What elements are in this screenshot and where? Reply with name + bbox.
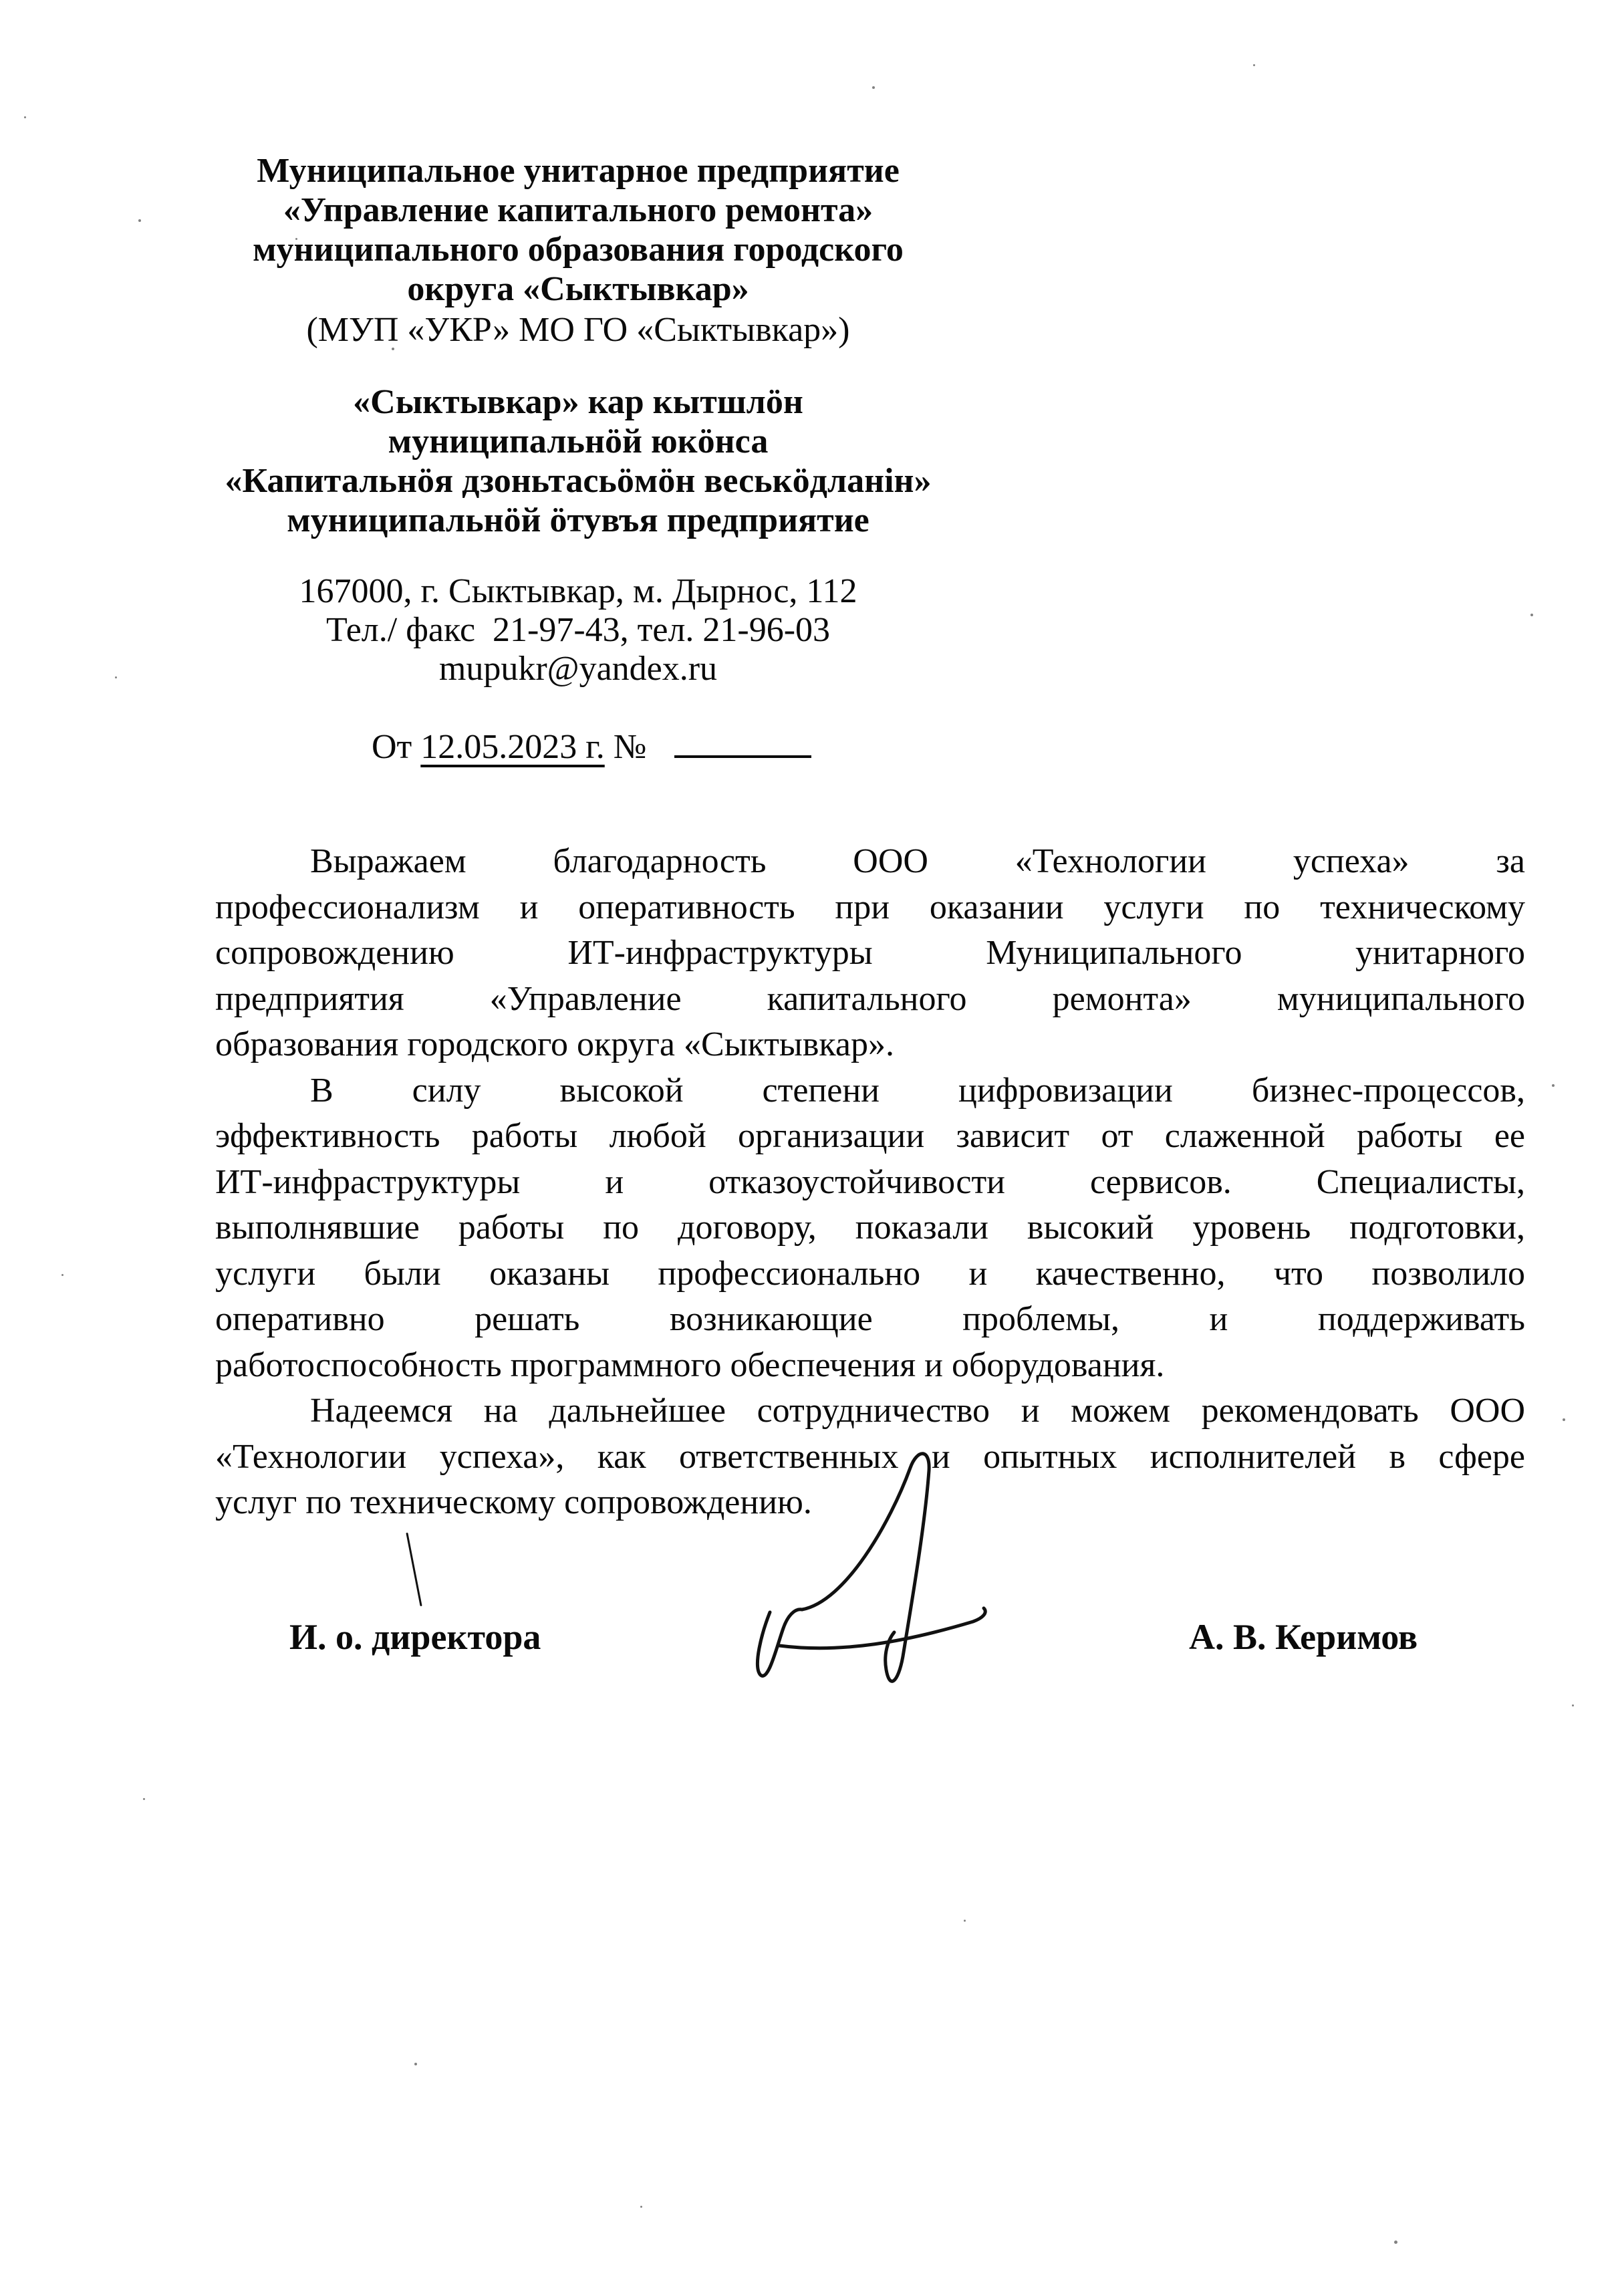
text-line: муниципальнöй öтувъя предприятие <box>200 501 956 540</box>
reference-date: 12.05.2023 г. <box>420 728 604 766</box>
org-abbreviation: (МУП «УКР» МО ГО «Сыктывкар») <box>214 310 942 350</box>
text-line: муниципальнöй юкöнса <box>200 422 956 461</box>
scan-speck <box>964 1920 966 1922</box>
text-line: «Капитальнöя дзоньтасьöмöн веськöдланін» <box>200 461 956 501</box>
scan-speck <box>295 238 297 240</box>
scan-speck <box>1530 614 1533 616</box>
reference-line: От 12.05.2023 г. № <box>372 723 811 767</box>
text-line: сопровождению ИТ-инфраструктуры Муниципа… <box>215 930 1525 977</box>
number-sign: № <box>605 728 647 766</box>
text-line: Муниципальное унитарное предприятие <box>214 151 942 190</box>
paragraph-gratitude: Выражаем благодарность ООО «Технологии у… <box>215 839 1525 1068</box>
text-line: Выражаем благодарность ООО «Технологии у… <box>215 839 1525 885</box>
org-name-komi: «Сыктывкар» кар кытшлöнмуниципальнöй юкö… <box>200 382 956 540</box>
letter-body: Выражаем благодарность ООО «Технологии у… <box>215 839 1525 1526</box>
handwritten-signature <box>735 1437 1016 1704</box>
text-line: оперативно решать возникающие проблемы, … <box>215 1297 1525 1343</box>
text-line: 167000, г. Сыктывкар, м. Дырнос, 112 <box>214 572 942 611</box>
text-line: «Управление капитального ремонта» <box>214 190 942 230</box>
signature-name: А. В. Керимов <box>1189 1616 1418 1658</box>
scanned-letter-page: Муниципальное унитарное предприятие«Упра… <box>0 0 1610 2296</box>
text-line: В силу высокой степени цифровизации бизн… <box>215 1068 1525 1114</box>
text-line: работоспособность программного обеспечен… <box>215 1343 1525 1389</box>
stray-pen-mark <box>406 1533 422 1607</box>
scan-speck <box>1552 1084 1555 1087</box>
text-line: округа «Сыктывкар» <box>214 269 942 309</box>
signature-autograph-drawing <box>735 1437 1016 1704</box>
scan-speck <box>143 1798 145 1800</box>
scan-speck <box>138 219 141 222</box>
text-line: «Сыктывкар» кар кытшлöн <box>200 382 956 422</box>
scan-speck <box>872 86 875 89</box>
scan-speck <box>24 116 26 118</box>
org-name-russian: Муниципальное унитарное предприятие«Упра… <box>214 151 942 309</box>
reference-prefix: От <box>372 728 420 766</box>
text-line: предприятия «Управление капитального рем… <box>215 977 1525 1023</box>
text-line: ИТ-инфраструктуры и отказоустойчивости с… <box>215 1160 1525 1206</box>
paragraph-quality: В силу высокой степени цифровизации бизн… <box>215 1068 1525 1389</box>
scan-speck <box>1563 1418 1565 1421</box>
text-line: услуги были оказаны профессионально и ка… <box>215 1251 1525 1297</box>
text-line: муниципального образования городского <box>214 230 942 269</box>
scan-speck <box>640 2206 642 2208</box>
scan-speck <box>677 963 680 965</box>
scan-speck <box>61 1274 63 1276</box>
text-line: профессионализм и оперативность при оказ… <box>215 885 1525 931</box>
signature-title: И. о. директора <box>289 1616 541 1658</box>
scan-speck <box>1253 64 1255 66</box>
scan-speck <box>115 676 117 678</box>
scan-speck <box>392 348 394 350</box>
scan-speck <box>1572 1704 1574 1706</box>
text-line: mupukr@yandex.ru <box>214 650 942 688</box>
address-block: 167000, г. Сыктывкар, м. Дырнос, 112Тел.… <box>214 572 942 688</box>
scan-speck <box>414 2063 417 2065</box>
number-blank <box>674 723 811 758</box>
text-line: Надеемся на дальнейшее сотрудничество и … <box>215 1388 1525 1434</box>
text-line: выполнявшие работы по договору, показали… <box>215 1205 1525 1251</box>
text-line: эффективность работы любой организации з… <box>215 1114 1525 1160</box>
scan-speck <box>1394 2241 1397 2244</box>
text-line: Тел./ факс 21-97-43, тел. 21-96-03 <box>214 611 942 650</box>
text-line: образования городского округа «Сыктывкар… <box>215 1022 1525 1068</box>
